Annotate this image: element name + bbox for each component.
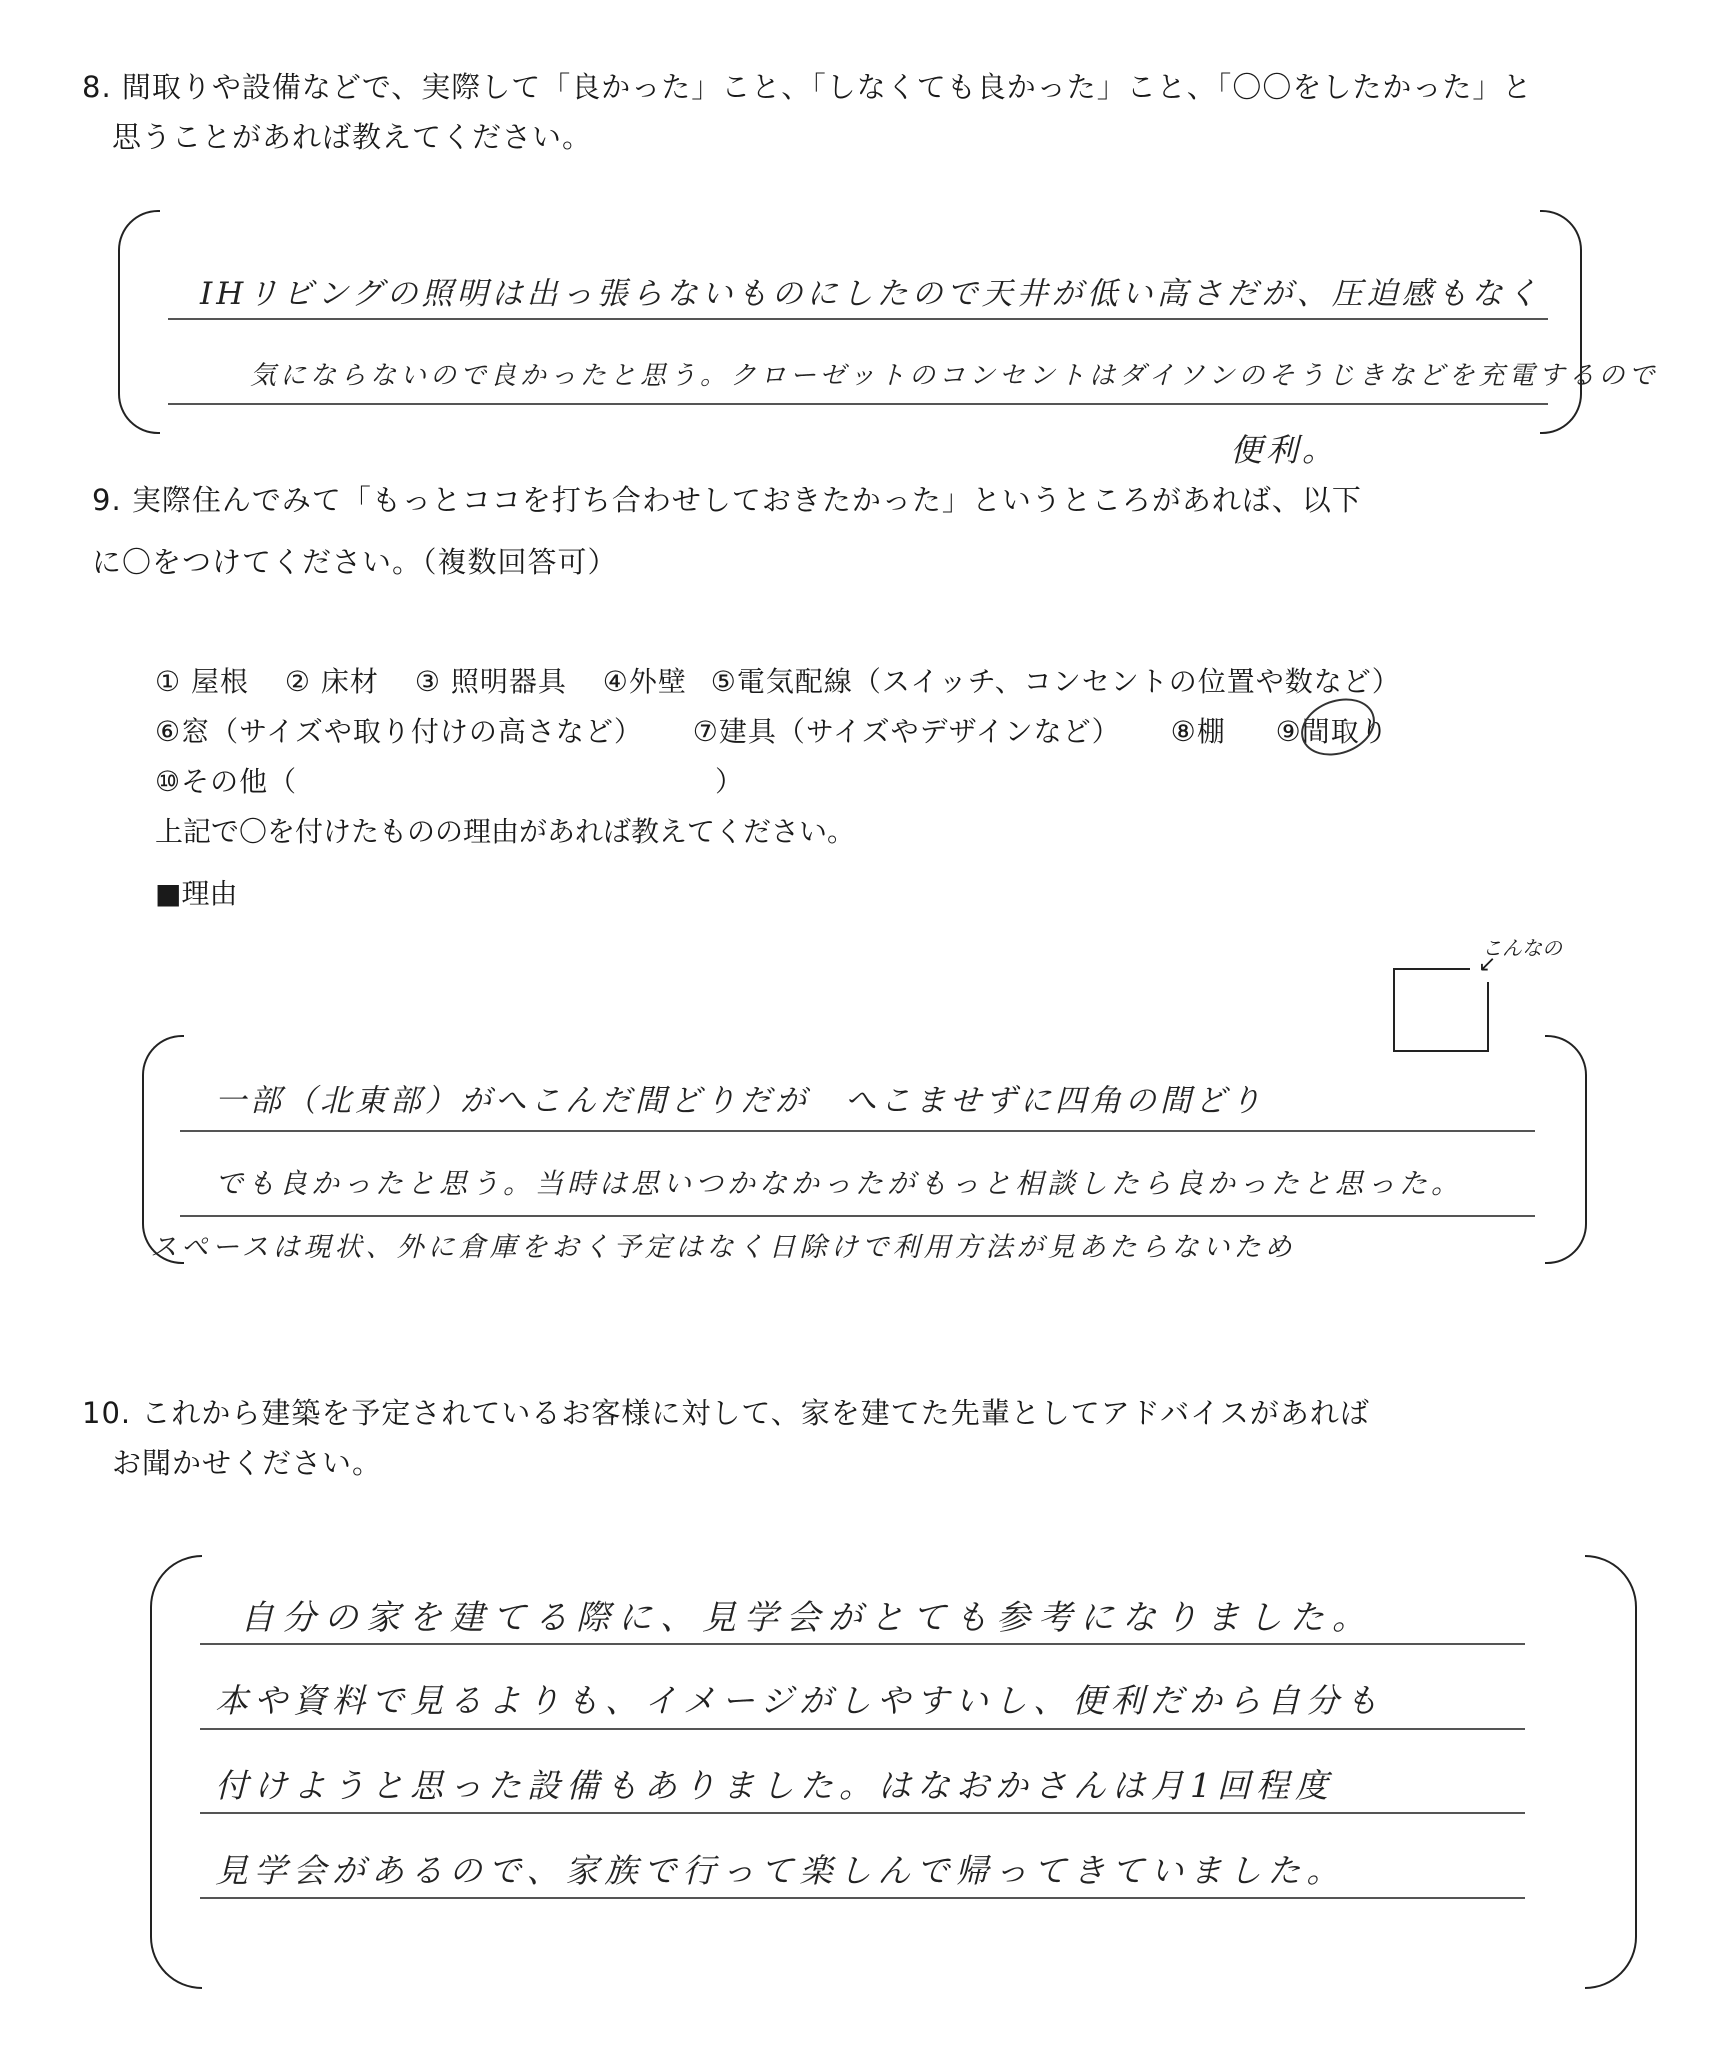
handwritten-answer-9-line3: スペースは現状、外に倉庫をおく予定はなく日除けで利用方法が見あたらないため xyxy=(150,1225,1296,1264)
option-fittings[interactable]: ⑦建具（サイズやデザインなど） xyxy=(693,710,1121,750)
answer-line xyxy=(200,1812,1525,1814)
answer-line xyxy=(180,1130,1535,1132)
answer-line xyxy=(200,1728,1525,1730)
arrow-icon: ↙ xyxy=(1478,952,1496,977)
option-shelf[interactable]: ⑧棚 xyxy=(1171,710,1226,750)
handwritten-answer-10-line1: 自分の家を建てる際に、見学会がとても参考になりました。 xyxy=(240,1590,1374,1639)
option-exterior-wall[interactable]: ④外壁 xyxy=(603,660,687,700)
question-8-line1: 8. 間取りや設備などで、実際して「良かった」こと、「しなくても良かった」こと、… xyxy=(82,62,1532,112)
option-electrical-wiring[interactable]: ⑤電気配線（スイッチ、コンセントの位置や数など） xyxy=(711,660,1401,700)
handwritten-answer-9-line1: 一部（北東部）がへこんだ間どりだが へこませずに四角の間どり xyxy=(215,1075,1265,1120)
question-text: 実際住んでみて「もっとココを打ち合わせしておきたかった」というところがあれば、以… xyxy=(132,483,1362,517)
answer-line xyxy=(180,1215,1535,1217)
handwritten-answer-10-line4: 見学会があるので、家族で行って楽しんで帰ってきていました。 xyxy=(215,1845,1345,1892)
handwritten-answer-10-line2: 本や資料で見るよりも、イメージがしやすいし、便利だから自分も xyxy=(215,1675,1384,1722)
question-10: 10. これから建築を予定されているお客様に対して、家を建てた先輩としてアドバイ… xyxy=(82,1388,1370,1488)
option-roof[interactable]: ① 屋根 xyxy=(155,660,249,700)
reason-prompt: 上記で〇を付けたものの理由があれば教えてください。 xyxy=(155,810,855,850)
answer-line xyxy=(168,318,1548,320)
option-other-close: ） xyxy=(715,760,744,800)
answer-line xyxy=(200,1643,1525,1645)
answer-bracket-right xyxy=(1545,1035,1587,1264)
question-number: 9. xyxy=(92,475,122,525)
question-number: 8. xyxy=(82,62,112,112)
question-number: 10. xyxy=(82,1388,131,1438)
handwritten-answer-8-line2: 気にならないので良かったと思う。クローゼットのコンセントはダイソンのそうじきなど… xyxy=(250,355,1658,392)
handwritten-answer-9-line2: でも良かったと思う。当時は思いつかなかったがもっと相談したら良かったと思った。 xyxy=(215,1162,1463,1202)
reason-label: ■理由 xyxy=(155,872,237,912)
handwritten-answer-8-line1: IHリビングの照明は出っ張らないものにしたので天井が低い高さだが、圧迫感もなく xyxy=(200,268,1542,313)
options-row-3: ⑩その他（ ） xyxy=(155,760,297,800)
answer-bracket-right xyxy=(1540,210,1582,434)
option-lighting[interactable]: ③ 照明器具 xyxy=(415,660,567,700)
question-9-line2: に〇をつけてください。（複数回答可） xyxy=(92,537,1362,587)
question-10-line2: お聞かせください。 xyxy=(82,1438,1370,1488)
answer-bracket-left xyxy=(150,1555,202,1989)
handwritten-circle-mark-icon xyxy=(1293,689,1383,766)
answer-bracket-left xyxy=(118,210,160,434)
options-row-2: ⑥窓（サイズや取り付けの高さなど） ⑦建具（サイズやデザインなど） ⑧棚 ⑨間取… xyxy=(155,710,1415,750)
options-row-1: ① 屋根 ② 床材 ③ 照明器具 ④外壁 ⑤電気配線（スイッチ、コンセントの位置… xyxy=(155,660,1427,700)
question-text: これから建築を予定されているお客様に対して、家を建てた先輩としてアドバイスがあれ… xyxy=(141,1396,1370,1430)
option-window[interactable]: ⑥窓（サイズや取り付けの高さなど） xyxy=(155,710,643,750)
question-9-line1: 9. 実際住んでみて「もっとココを打ち合わせしておきたかった」というところがあれ… xyxy=(92,475,1362,525)
option-other[interactable]: ⑩その他（ xyxy=(155,765,297,798)
question-text: 間取りや設備などで、実際して「良かった」こと、「しなくても良かった」こと、「〇〇… xyxy=(122,70,1532,104)
question-8-line2: 思うことがあれば教えてください。 xyxy=(82,112,1532,162)
handwritten-answer-10-line3: 付けようと思った設備もありました。はなおかさんは月1回程度 xyxy=(215,1760,1334,1807)
question-8: 8. 間取りや設備などで、実際して「良かった」こと、「しなくても良かった」こと、… xyxy=(82,62,1532,162)
handwritten-answer-8-line3: 便利。 xyxy=(1230,425,1338,471)
answer-line xyxy=(200,1897,1525,1899)
option-flooring[interactable]: ② 床材 xyxy=(285,660,379,700)
question-9: 9. 実際住んでみて「もっとココを打ち合わせしておきたかった」というところがあれ… xyxy=(92,475,1362,587)
answer-bracket-right xyxy=(1585,1555,1637,1989)
answer-line xyxy=(168,403,1548,405)
question-10-line1: 10. これから建築を予定されているお客様に対して、家を建てた先輩としてアドバイ… xyxy=(82,1388,1370,1438)
